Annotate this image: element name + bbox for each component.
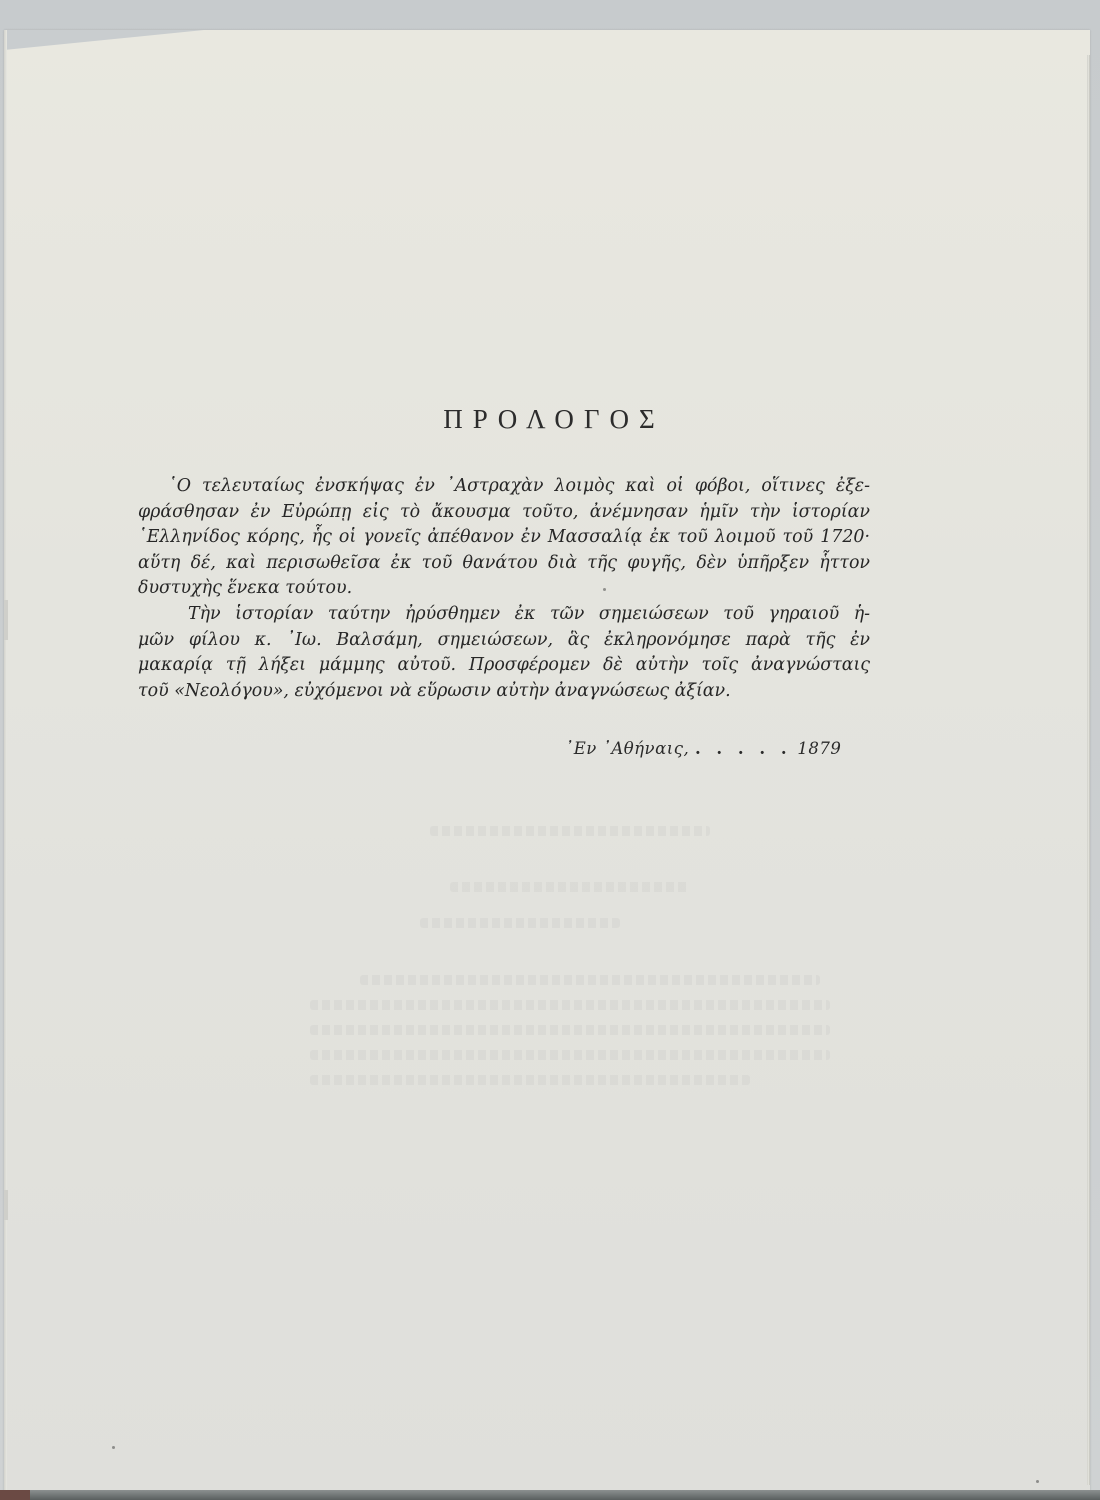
show-through-text xyxy=(310,1075,750,1085)
paper-speck xyxy=(112,1446,115,1449)
binding-stitch xyxy=(4,1190,8,1220)
show-through-text xyxy=(360,975,820,985)
show-through-text xyxy=(310,1050,830,1060)
text-line: ῾Ο τελευταίως ἐνσκήψας ἐν ᾿Αστραχὰν λοιμ… xyxy=(158,474,870,500)
signature-year: 1879 xyxy=(797,739,841,758)
paragraph-2: Τὴν ἱστορίαν ταύτην ἠρύσθημεν ἐκ τῶν σημ… xyxy=(158,602,870,704)
show-through-text xyxy=(310,1000,830,1010)
text-line: δυστυχὴς ἕνεκα τούτου. xyxy=(138,576,870,602)
page-left-edge xyxy=(4,30,7,1492)
signature-place: ᾿Εν ᾿Αθήναις, xyxy=(565,739,689,758)
signature-dots: . . . . . xyxy=(695,739,792,758)
text-line: μῶν φίλου κ. ᾿Ιω. Βαλσάμη, σημειώσεων, ἃ… xyxy=(138,628,870,654)
page-corner xyxy=(4,30,204,50)
page-right-edge xyxy=(1087,55,1090,1485)
show-through-text xyxy=(430,826,710,836)
text-line: τοῦ «Νεολόγου», εὐχόμενοι νὰ εὕρωσιν αὐτ… xyxy=(138,679,870,705)
page-title: ΠΡΟΛΟΓΟΣ xyxy=(0,404,1100,435)
paragraph-1: ῾Ο τελευταίως ἐνσκήψας ἐν ᾿Αστραχὰν λοιμ… xyxy=(158,474,870,602)
show-through-text xyxy=(420,918,620,928)
paper-speck xyxy=(603,588,606,591)
text-line: Τὴν ἱστορίαν ταύτην ἠρύσθημεν ἐκ τῶν σημ… xyxy=(158,602,870,628)
binding-stitch xyxy=(4,600,8,640)
photo-bottom-edge xyxy=(0,1490,1100,1500)
preface-text: ῾Ο τελευταίως ἐνσκήψας ἐν ᾿Αστραχὰν λοιμ… xyxy=(158,474,870,704)
text-line: μακαρίᾳ τῇ λήξει μάμμης αὐτοῦ. Προσφέρομ… xyxy=(138,653,870,679)
text-line: αὕτη δέ, καὶ περισωθεῖσα ἐκ τοῦ θανάτου … xyxy=(138,551,870,577)
show-through-text xyxy=(450,882,690,892)
text-line: ῾Ελληνίδος κόρης, ἧς οἱ γονεῖς ἀπέθανον … xyxy=(138,525,870,551)
signature-line: ᾿Εν ᾿Αθήναις, . . . . . 1879 xyxy=(565,739,841,758)
text-line: φράσθησαν ἐν Εὐρώπῃ εἰς τὸ ἄκουσμα τοῦτο… xyxy=(138,500,870,526)
paper-speck xyxy=(1036,1480,1039,1483)
show-through-text xyxy=(310,1025,830,1035)
book-page xyxy=(4,30,1090,1492)
